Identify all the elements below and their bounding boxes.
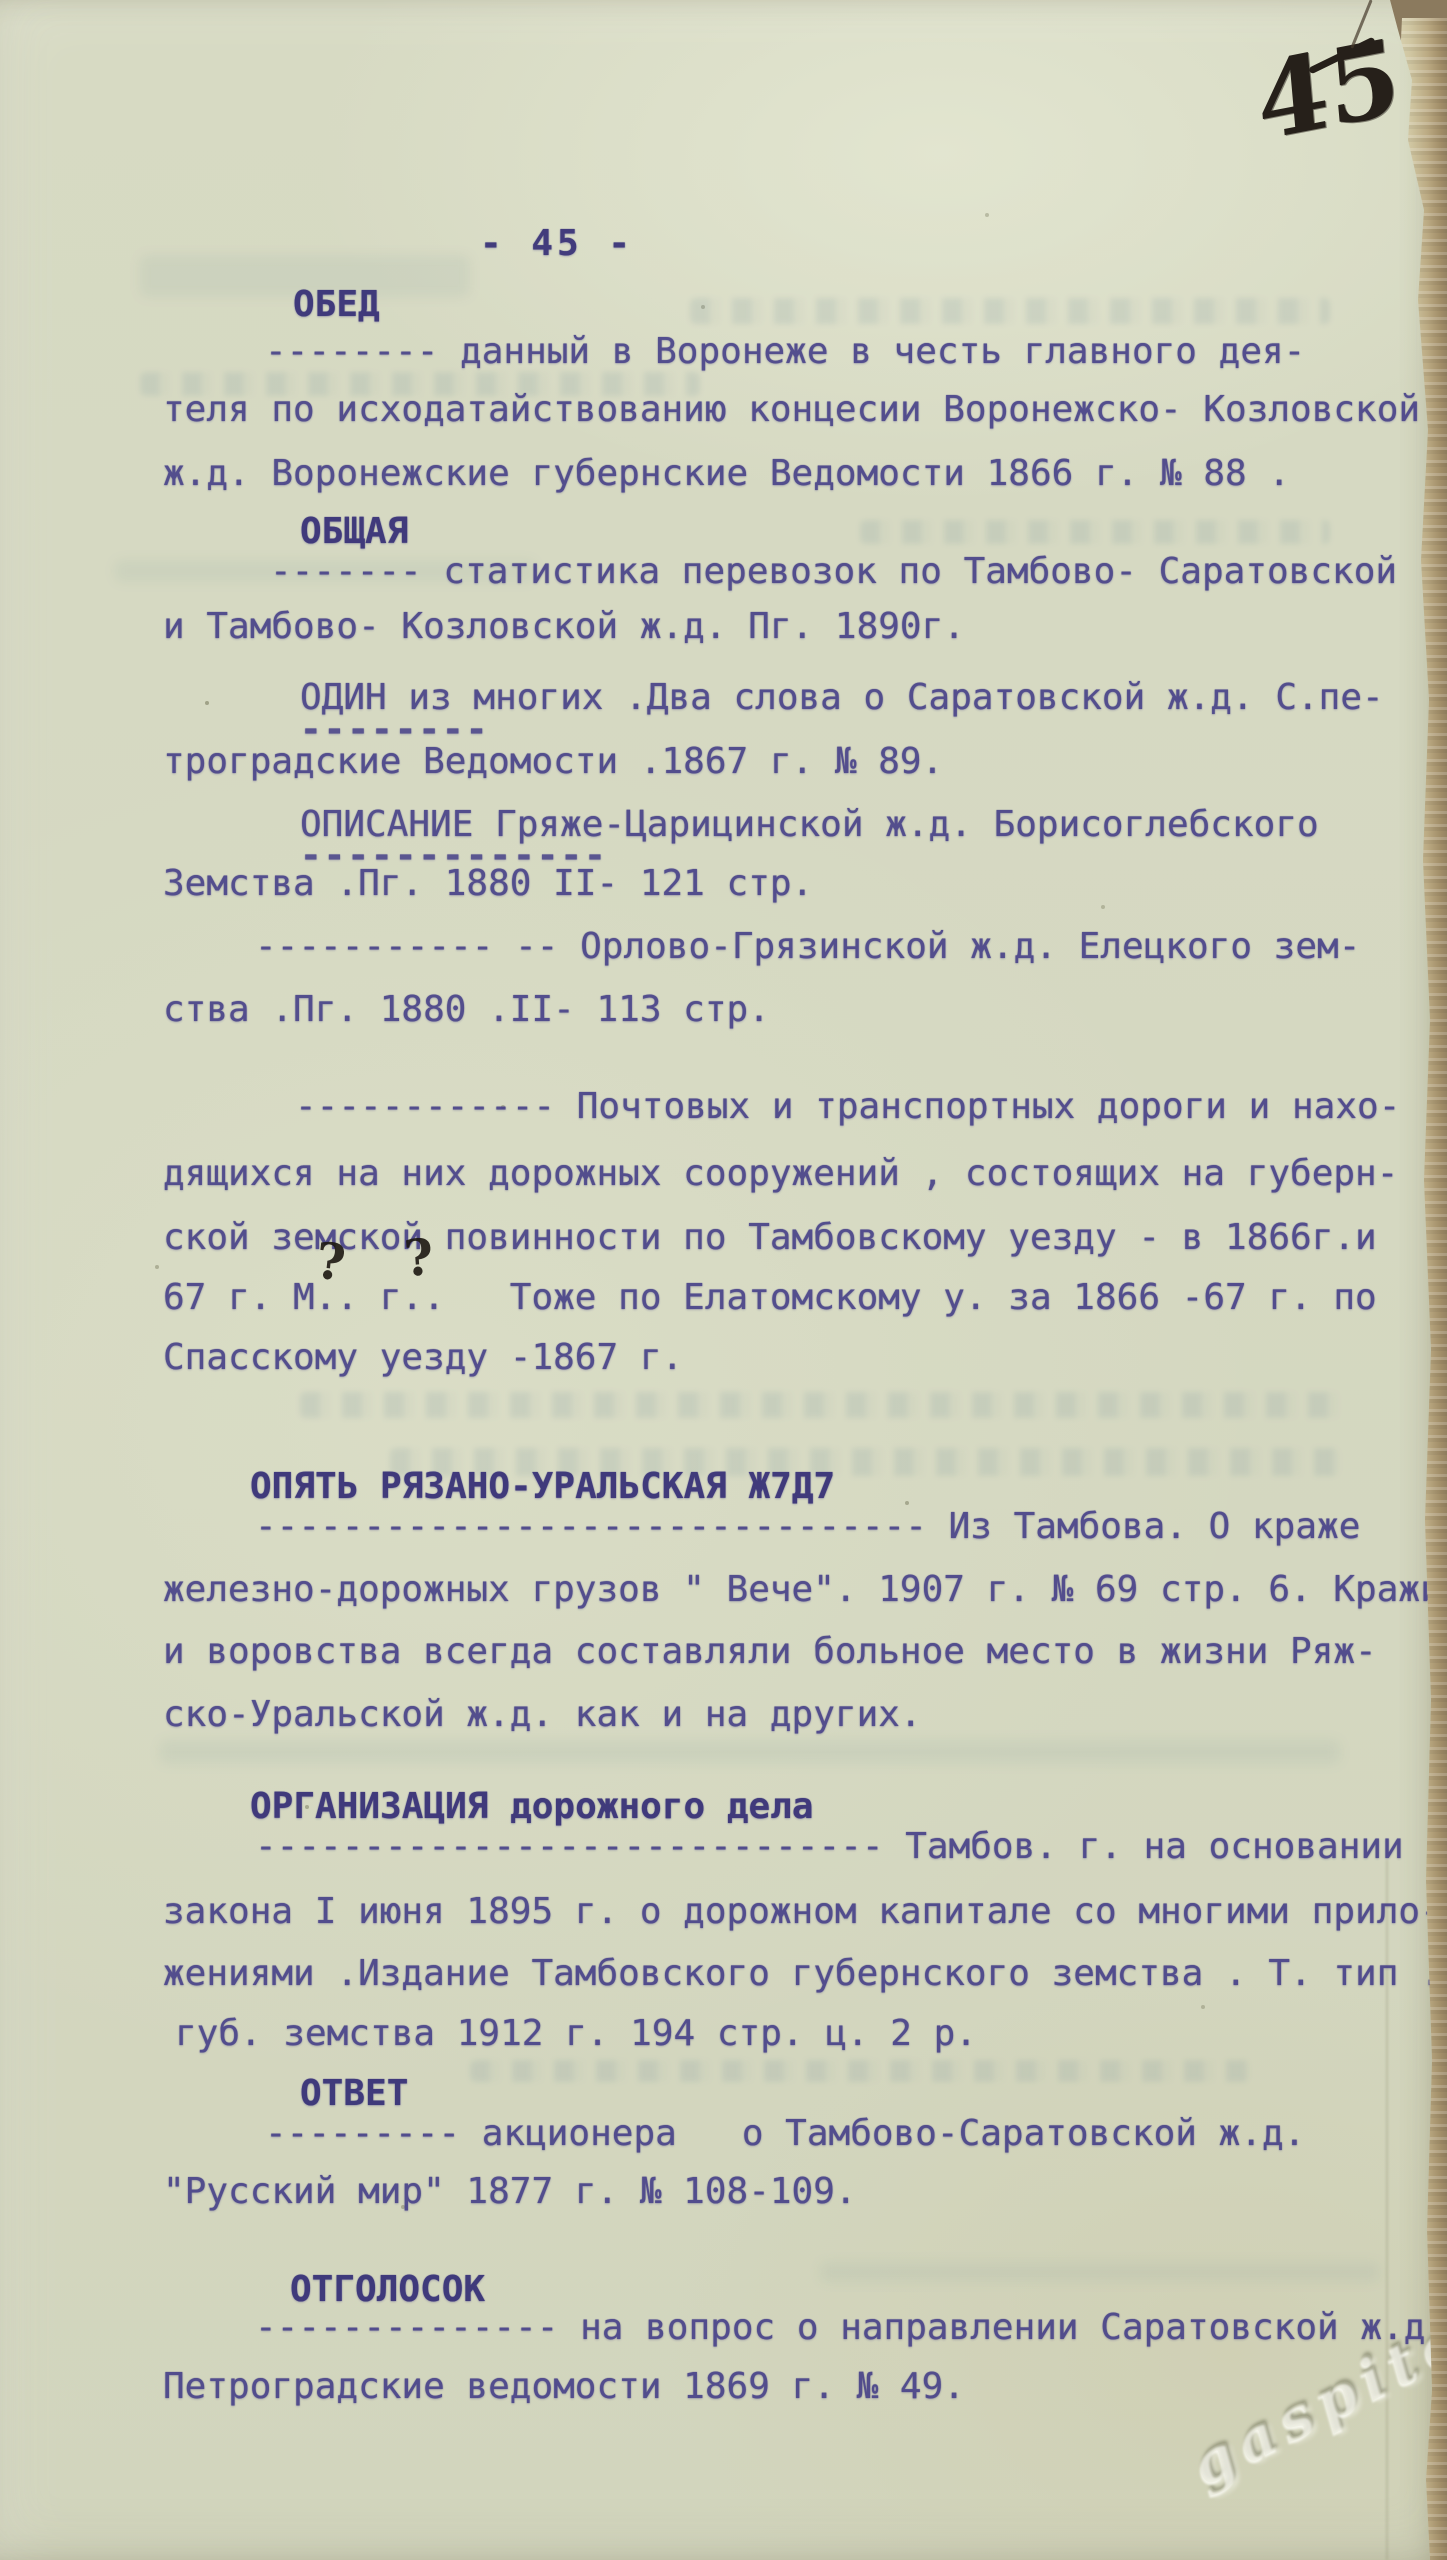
typed-line: ства .Пг. 1880 .II- 113 стр.	[163, 988, 770, 1032]
typed-line: ------------------------------- Из Тамбо…	[255, 1505, 1360, 1549]
typed-page-number: - 45 -	[480, 222, 634, 266]
handwritten-page-number: 45	[1252, 14, 1405, 165]
bleedthrough-smudge	[820, 2262, 1380, 2282]
typed-line: -------------- на вопрос о направлении С…	[255, 2306, 1425, 2350]
typed-line: ско-Уральской ж.д. как и на других.	[163, 1693, 922, 1737]
typed-line: ----------- -- Орлово-Грязинской ж.д. Ел…	[255, 925, 1360, 969]
typed-line: Земства .Пг. 1880 II- 121 стр.	[163, 862, 813, 906]
typed-line: и воровства всегда составляли больное ме…	[163, 1630, 1377, 1674]
typed-line: 67 г. М.. г.. Тоже по Елатомскому у. за …	[163, 1276, 1377, 1320]
typed-line: Петроградские ведомости 1869 г. № 49.	[163, 2365, 965, 2409]
section-heading: ОБЩАЯ	[300, 510, 408, 554]
bleedthrough-smudge	[860, 520, 1330, 544]
archive-watermark: gaspito.ru	[1180, 2247, 1447, 2499]
typed-line: дящихся на них дорожных сооружений , сос…	[163, 1152, 1398, 1196]
section-heading: ОБЕД	[293, 283, 380, 327]
typed-line: ------------ Почтовых и транспортных дор…	[295, 1085, 1400, 1129]
scanned-document-page: - 45 -ОБЕД-------- данный в Воронеже в ч…	[0, 0, 1447, 2560]
typed-line: "Русский мир" 1877 г. № 108-109.	[163, 2170, 857, 2214]
typed-line: троградские Ведомости .1867 г. № 89.	[163, 740, 943, 784]
typed-line: губ. земства 1912 г. 194 стр. ц. 2 р.	[175, 2012, 977, 2056]
typed-line: --------- акционера о Тамбово-Саратовско…	[265, 2112, 1305, 2156]
typed-line: ж.д. Воронежские губернские Ведомости 18…	[163, 452, 1290, 496]
typed-line: теля по исходатайствованию концесии Воро…	[163, 388, 1420, 432]
handwritten-question-mark: ?	[313, 1231, 348, 1293]
typed-line: железно-дорожных грузов " Вече". 1907 г.…	[163, 1568, 1442, 1612]
handwritten-question-mark: ?	[402, 1227, 435, 1288]
typed-line: Спасскому уезду -1867 г.	[163, 1336, 683, 1380]
typed-line: закона I июня 1895 г. о дорожном капитал…	[163, 1890, 1442, 1934]
section-heading: ОПЯТЬ РЯЗАНО-УРАЛЬСКАЯ Ж7Д7	[250, 1465, 835, 1509]
section-heading: ОТВЕТ	[300, 2072, 408, 2116]
bleedthrough-smudge	[470, 2060, 1250, 2082]
bleedthrough-smudge	[160, 1740, 1340, 1764]
typed-line: и Тамбово- Козловской ж.д. Пг. 1890г.	[163, 605, 965, 649]
typed-line: ------- статистика перевозок по Тамбово-…	[270, 550, 1397, 594]
paper-specks	[0, 0, 2, 2]
typed-line: -------- данный в Воронеже в честь главн…	[265, 330, 1305, 374]
paper-sheet: - 45 -ОБЕД-------- данный в Воронеже в ч…	[0, 0, 1447, 2560]
section-heading: ОРГАНИЗАЦИЯ дорожного дела	[250, 1785, 814, 1829]
typed-line: жениями .Издание Тамбовского губернского…	[163, 1952, 1442, 1996]
bleedthrough-smudge	[300, 1392, 1340, 1418]
bleedthrough-smudge	[690, 298, 1330, 324]
typed-line: ----------------------------- Тамбов. г.…	[255, 1825, 1404, 1869]
